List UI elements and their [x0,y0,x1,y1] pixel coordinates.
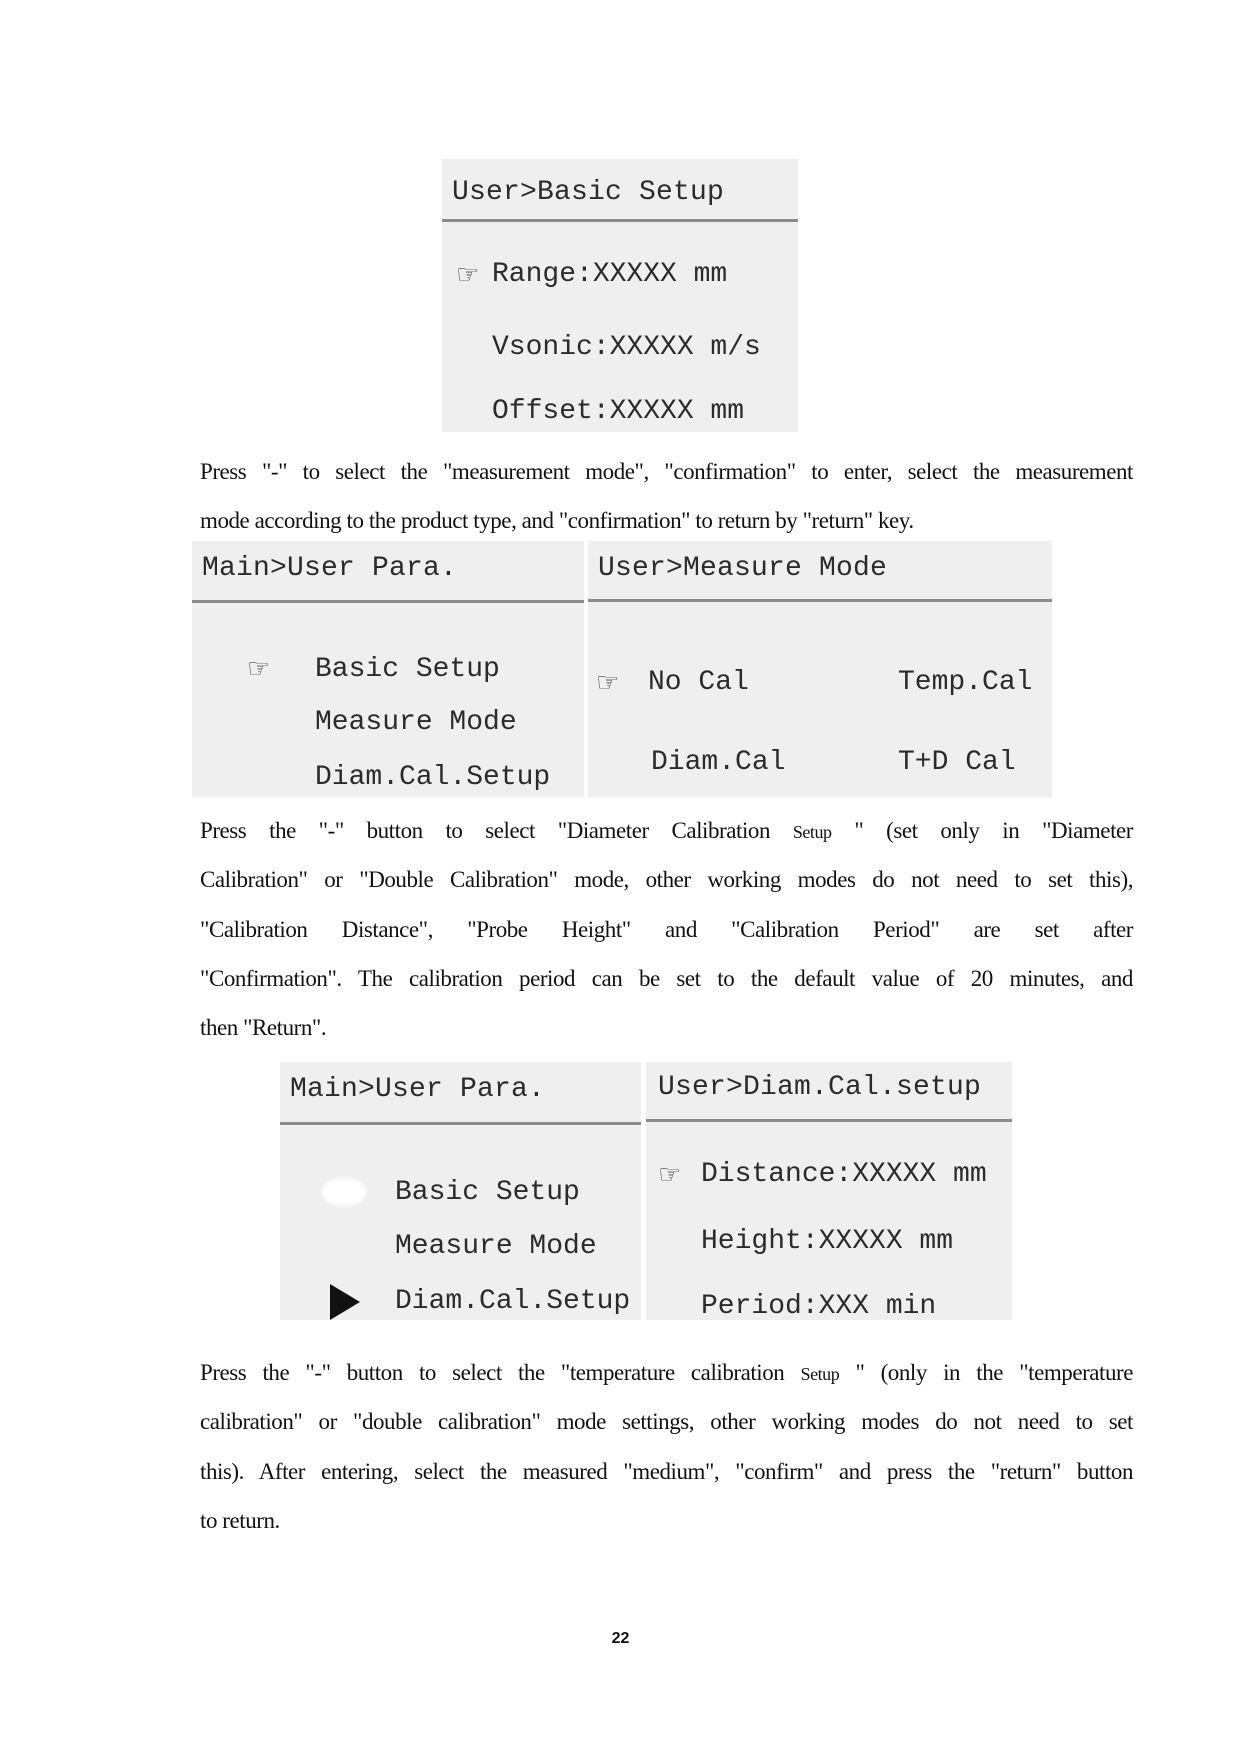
hand-pointer-icon: ☞ [456,262,479,288]
paragraph-line: "Calibration Distance", "Probe Height" a… [200,905,1133,954]
menu-row-offset: Offset:XXXXX mm [492,398,744,426]
lcd-screen-basic-setup: User>Basic Setup ☞ Range:XXXXX mm Vsonic… [442,159,798,432]
text-segment: Press the "-" button to select the "temp… [200,1360,801,1385]
screen-header: User>Basic Setup [452,179,724,207]
mode-option-temp-cal: Temp.Cal [898,669,1032,697]
menu-item-diam-cal-setup: Diam.Cal.Setup [315,764,550,792]
menu-item-diam-cal-setup: Diam.Cal.Setup [395,1288,630,1316]
header-divider [442,219,798,222]
text-segment-small: Setup [801,1364,840,1384]
paragraph-line: mode according to the product type, and … [200,496,1133,545]
mode-option-td-cal: T+D Cal [898,749,1016,777]
menu-item-basic-setup: Basic Setup [395,1179,580,1207]
paragraph-line: Calibration" or "Double Calibration" mod… [200,855,1133,904]
instruction-paragraph-3: Press the "-" button to select the "temp… [200,1348,1133,1545]
menu-row-period: Period:XXX min [701,1293,936,1320]
paragraph-line: "Confirmation". The calibration period c… [200,954,1133,1003]
lcd-screen-user-para-diam-selected: Main>User Para. Basic Setup Measure Mode… [280,1062,641,1320]
text-segment-small: Setup [793,822,832,842]
paragraph-line: then "Return". [200,1003,1133,1052]
instruction-paragraph-1: Press "-" to select the "measurement mod… [200,447,1133,546]
triangle-pointer-icon [330,1284,360,1320]
paragraph-line: calibration" or "double calibration" mod… [200,1397,1133,1446]
text-segment: " (set only in "Diameter [832,818,1133,843]
menu-row-distance: Distance:XXXXX mm [701,1161,987,1189]
screen-header: User>Diam.Cal.setup [658,1074,981,1102]
header-divider [588,599,1052,602]
instruction-paragraph-2: Press the "-" button to select "Diameter… [200,806,1133,1052]
menu-item-basic-setup: Basic Setup [315,656,500,684]
menu-item-measure-mode: Measure Mode [315,709,517,737]
menu-item-measure-mode: Measure Mode [395,1233,597,1261]
lcd-screen-measure-mode: User>Measure Mode ☞ No Cal Temp.Cal Diam… [588,541,1052,797]
paragraph-line: Press the "-" button to select the "temp… [200,1348,1133,1397]
screen-header: User>Measure Mode [598,555,887,583]
paragraph-line: Press the "-" button to select "Diameter… [200,806,1133,855]
text-segment: Press the "-" button to select "Diameter… [200,818,793,843]
menu-row-height: Height:XXXXX mm [701,1228,953,1256]
hand-pointer-icon: ☞ [596,670,619,696]
paragraph-line: this). After entering, select the measur… [200,1447,1133,1496]
erased-pointer-mark [322,1178,366,1206]
paragraph-line: to return. [200,1496,1133,1545]
screen-header: Main>User Para. [202,555,457,583]
screen-header: Main>User Para. [290,1076,545,1104]
text-segment: " (only in the "temperature [839,1360,1133,1385]
lcd-screen-user-para: Main>User Para. ☞ Basic Setup Measure Mo… [192,541,584,797]
hand-pointer-icon: ☞ [658,1162,681,1188]
header-divider [646,1119,1012,1122]
menu-row-vsonic: Vsonic:XXXXX m/s [492,334,761,362]
menu-row-range: Range:XXXXX mm [492,261,727,289]
hand-pointer-icon: ☞ [247,656,270,682]
header-divider [280,1122,641,1125]
manual-page: User>Basic Setup ☞ Range:XXXXX mm Vsonic… [0,0,1241,1754]
page-number: 22 [0,1630,1241,1648]
paragraph-line: Press "-" to select the "measurement mod… [200,447,1133,496]
header-divider [192,600,584,603]
mode-option-diam-cal: Diam.Cal [651,749,785,777]
lcd-screen-diam-cal-setup: User>Diam.Cal.setup ☞ Distance:XXXXX mm … [646,1062,1012,1320]
mode-option-no-cal: No Cal [648,669,749,697]
